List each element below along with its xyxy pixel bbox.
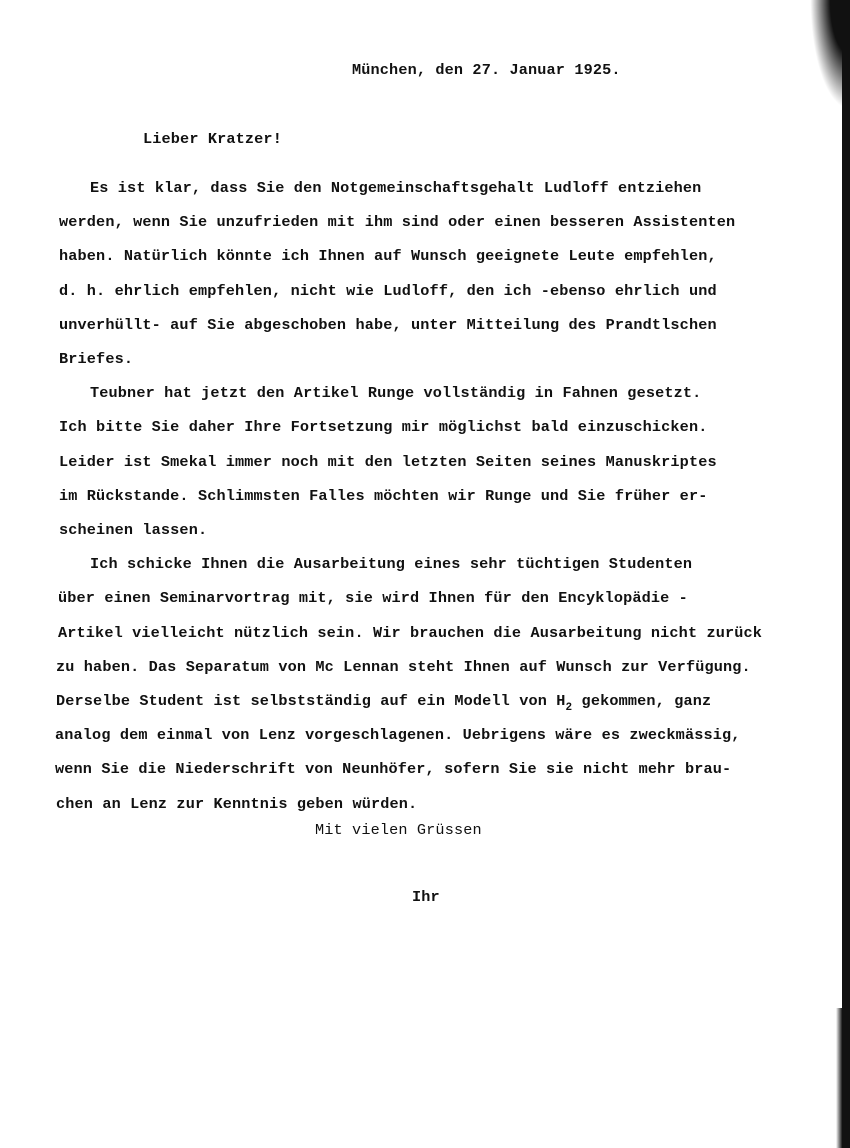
letter-line: über einen Seminarvortrag mit, sie wird … bbox=[58, 588, 688, 608]
letter-line: haben. Natürlich könnte ich Ihnen auf Wu… bbox=[59, 246, 717, 266]
letter-line: Ich schicke Ihnen die Ausarbeitung eines… bbox=[90, 554, 692, 574]
letter-line: zu haben. Das Separatum von Mc Lennan st… bbox=[56, 657, 751, 677]
letter-line: unverhüllt- auf Sie abgeschoben habe, un… bbox=[59, 315, 717, 335]
letter-line: Artikel vielleicht nützlich sein. Wir br… bbox=[58, 623, 762, 643]
letter-line: Ich bitte Sie daher Ihre Fortsetzung mir… bbox=[59, 417, 707, 437]
letter-line: werden, wenn Sie unzufrieden mit ihm sin… bbox=[59, 212, 735, 232]
letter-line: Teubner hat jetzt den Artikel Runge voll… bbox=[90, 383, 701, 403]
letter-line: d. h. ehrlich empfehlen, nicht wie Ludlo… bbox=[59, 281, 717, 301]
letter-line: wenn Sie die Niederschrift von Neunhöfer… bbox=[55, 759, 731, 779]
letter-page: München, den 27. Januar 1925. Lieber Kra… bbox=[0, 0, 850, 1148]
scan-edge-shadow-bottom bbox=[836, 1008, 850, 1148]
letter-closing: Mit vielen Grüssen bbox=[315, 820, 482, 840]
letter-dateline: München, den 27. Januar 1925. bbox=[352, 60, 621, 80]
letter-salutation: Lieber Kratzer! bbox=[143, 129, 282, 149]
letter-line: Es ist klar, dass Sie den Notgemeinschaf… bbox=[90, 178, 701, 198]
letter-line: chen an Lenz zur Kenntnis geben würden. bbox=[56, 794, 417, 814]
letter-line: Briefes. bbox=[59, 349, 133, 369]
letter-line: scheinen lassen. bbox=[59, 520, 207, 540]
letter-line: Leider ist Smekal immer noch mit den let… bbox=[59, 452, 717, 472]
scan-edge-border bbox=[842, 0, 850, 1148]
letter-line: analog dem einmal von Lenz vorgeschlagen… bbox=[55, 725, 741, 745]
letter-line: im Rückstande. Schlimmsten Falles möchte… bbox=[59, 486, 707, 506]
letter-line: Derselbe Student ist selbstständig auf e… bbox=[56, 691, 711, 711]
letter-signoff: Ihr bbox=[412, 887, 440, 907]
